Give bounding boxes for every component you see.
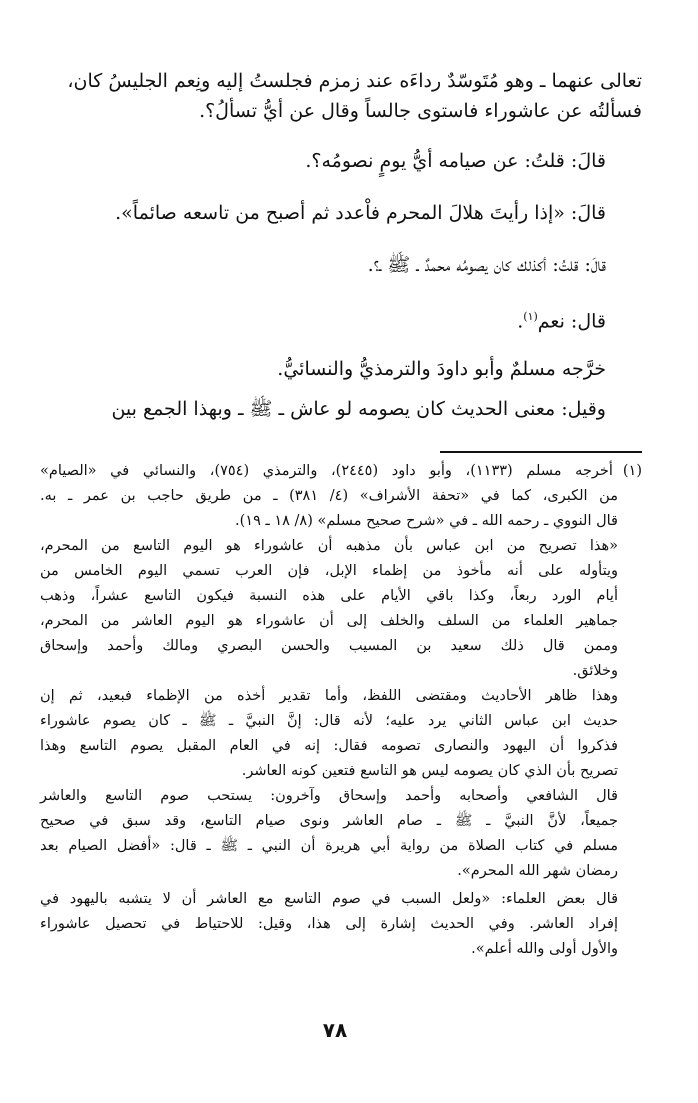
main-text-line: تعالى عنهما ـ وهو مُتَوسّدٌ رداءَه عند ز…: [40, 68, 642, 94]
footnote-line: «هذا تصريح من ابن عباس بأن مذهبه أن عاشو…: [40, 535, 618, 557]
footnote-line: تصريح بأن الذي كان يصومه ليس هو التاسع ف…: [40, 760, 618, 782]
footnote-line: قال النووي ـ رحمه الله ـ في «شرح صحيح مس…: [40, 510, 618, 532]
footnote-line: وخلائق.: [40, 660, 618, 682]
footnote-line: فذكروا أن اليهود والنصارى تصومه فقال: إن…: [40, 735, 618, 757]
footnote-line: حديث ابن عباس الثاني يرد عليه؛ لأنه قال:…: [40, 710, 618, 732]
footnote-line: جميعاً، لأنَّ النبيَّ ـ ﷺ ـ صام العاشر و…: [40, 810, 618, 832]
footnote-line: جماهير العلماء من السلف والخلف إلى أن عا…: [40, 610, 618, 632]
footnote-line: مسلم في كتاب الصلاة من رواية أبي هريرة أ…: [40, 835, 618, 857]
footnote-line: أيام الورد ربعاً، وكذا باقي الأيام على ه…: [40, 585, 618, 607]
dialogue-line: قالَ: «إذا رأيتَ هلالَ المحرم فاْعدد ثم …: [40, 200, 606, 226]
footnote-line: إفراد العاشر. وفي الحديث إشارة إلى هذا، …: [40, 913, 618, 935]
footnote-line: وهذا ظاهر الأحاديث ومقتضى اللفظ، وأما تق…: [40, 685, 618, 707]
footnote-line: (١)أخرجه مسلم (١١٣٣)، وأبو داود (٢٤٤٥)، …: [40, 460, 642, 482]
footnote-line: والأول أولى والله أعلم».: [40, 938, 618, 960]
main-text-line: فسألتُه عن عاشوراء فاستوى جالساً وقال عن…: [40, 98, 642, 124]
footnote-number: (١): [623, 460, 642, 482]
dialogue-line: قالَ: قلتُ: عن صيامه أيُّ يومٍ نصومُه؟.: [40, 148, 606, 174]
footnote-reference[interactable]: (١): [523, 310, 538, 323]
main-text-line: وقيل: معنى الحديث كان يصومه لو عاش ـ ﷺ ـ…: [40, 396, 606, 422]
footnote-line: وممن قال ذلك سعيد بن المسيب والحسن البصر…: [40, 635, 618, 657]
footnote-line: قال بعض العلماء: «ولعل السبب في صوم التا…: [40, 888, 618, 910]
footnote-line: من الكبرى، كما في «تحفة الأشراف» (٤/ ٣٨١…: [40, 485, 618, 507]
takhrij-line: خرَّجه مسلمٌ وأبو داودَ والترمذيُّ والنس…: [40, 356, 606, 382]
dialogue-text: قال: نعم: [538, 310, 606, 332]
footnote-text: أخرجه مسلم (١١٣٣)، وأبو داود (٢٤٤٥)، وال…: [40, 463, 613, 479]
footnote-line: رمضان شهر الله المحرم».: [40, 860, 618, 882]
footnote-separator: [440, 451, 642, 453]
dialogue-line: قالَ: قلتُ: أكذلك كان يصومُه محمدٌ ـ ﷺ ـ…: [40, 252, 606, 278]
dialogue-line: قال: نعم(١).: [40, 304, 606, 334]
footnote-line: ويتأوله على أنه مأخوذ من إظماء الإبل، فإ…: [40, 560, 618, 582]
footnote-line: قال الشافعي وأصحابه وأحمد وإسحاق وآخرون:…: [40, 785, 618, 807]
book-page: تعالى عنهما ـ وهو مُتَوسّدٌ رداءَه عند ز…: [0, 0, 698, 1103]
page-number: ٧٨: [0, 1018, 670, 1042]
